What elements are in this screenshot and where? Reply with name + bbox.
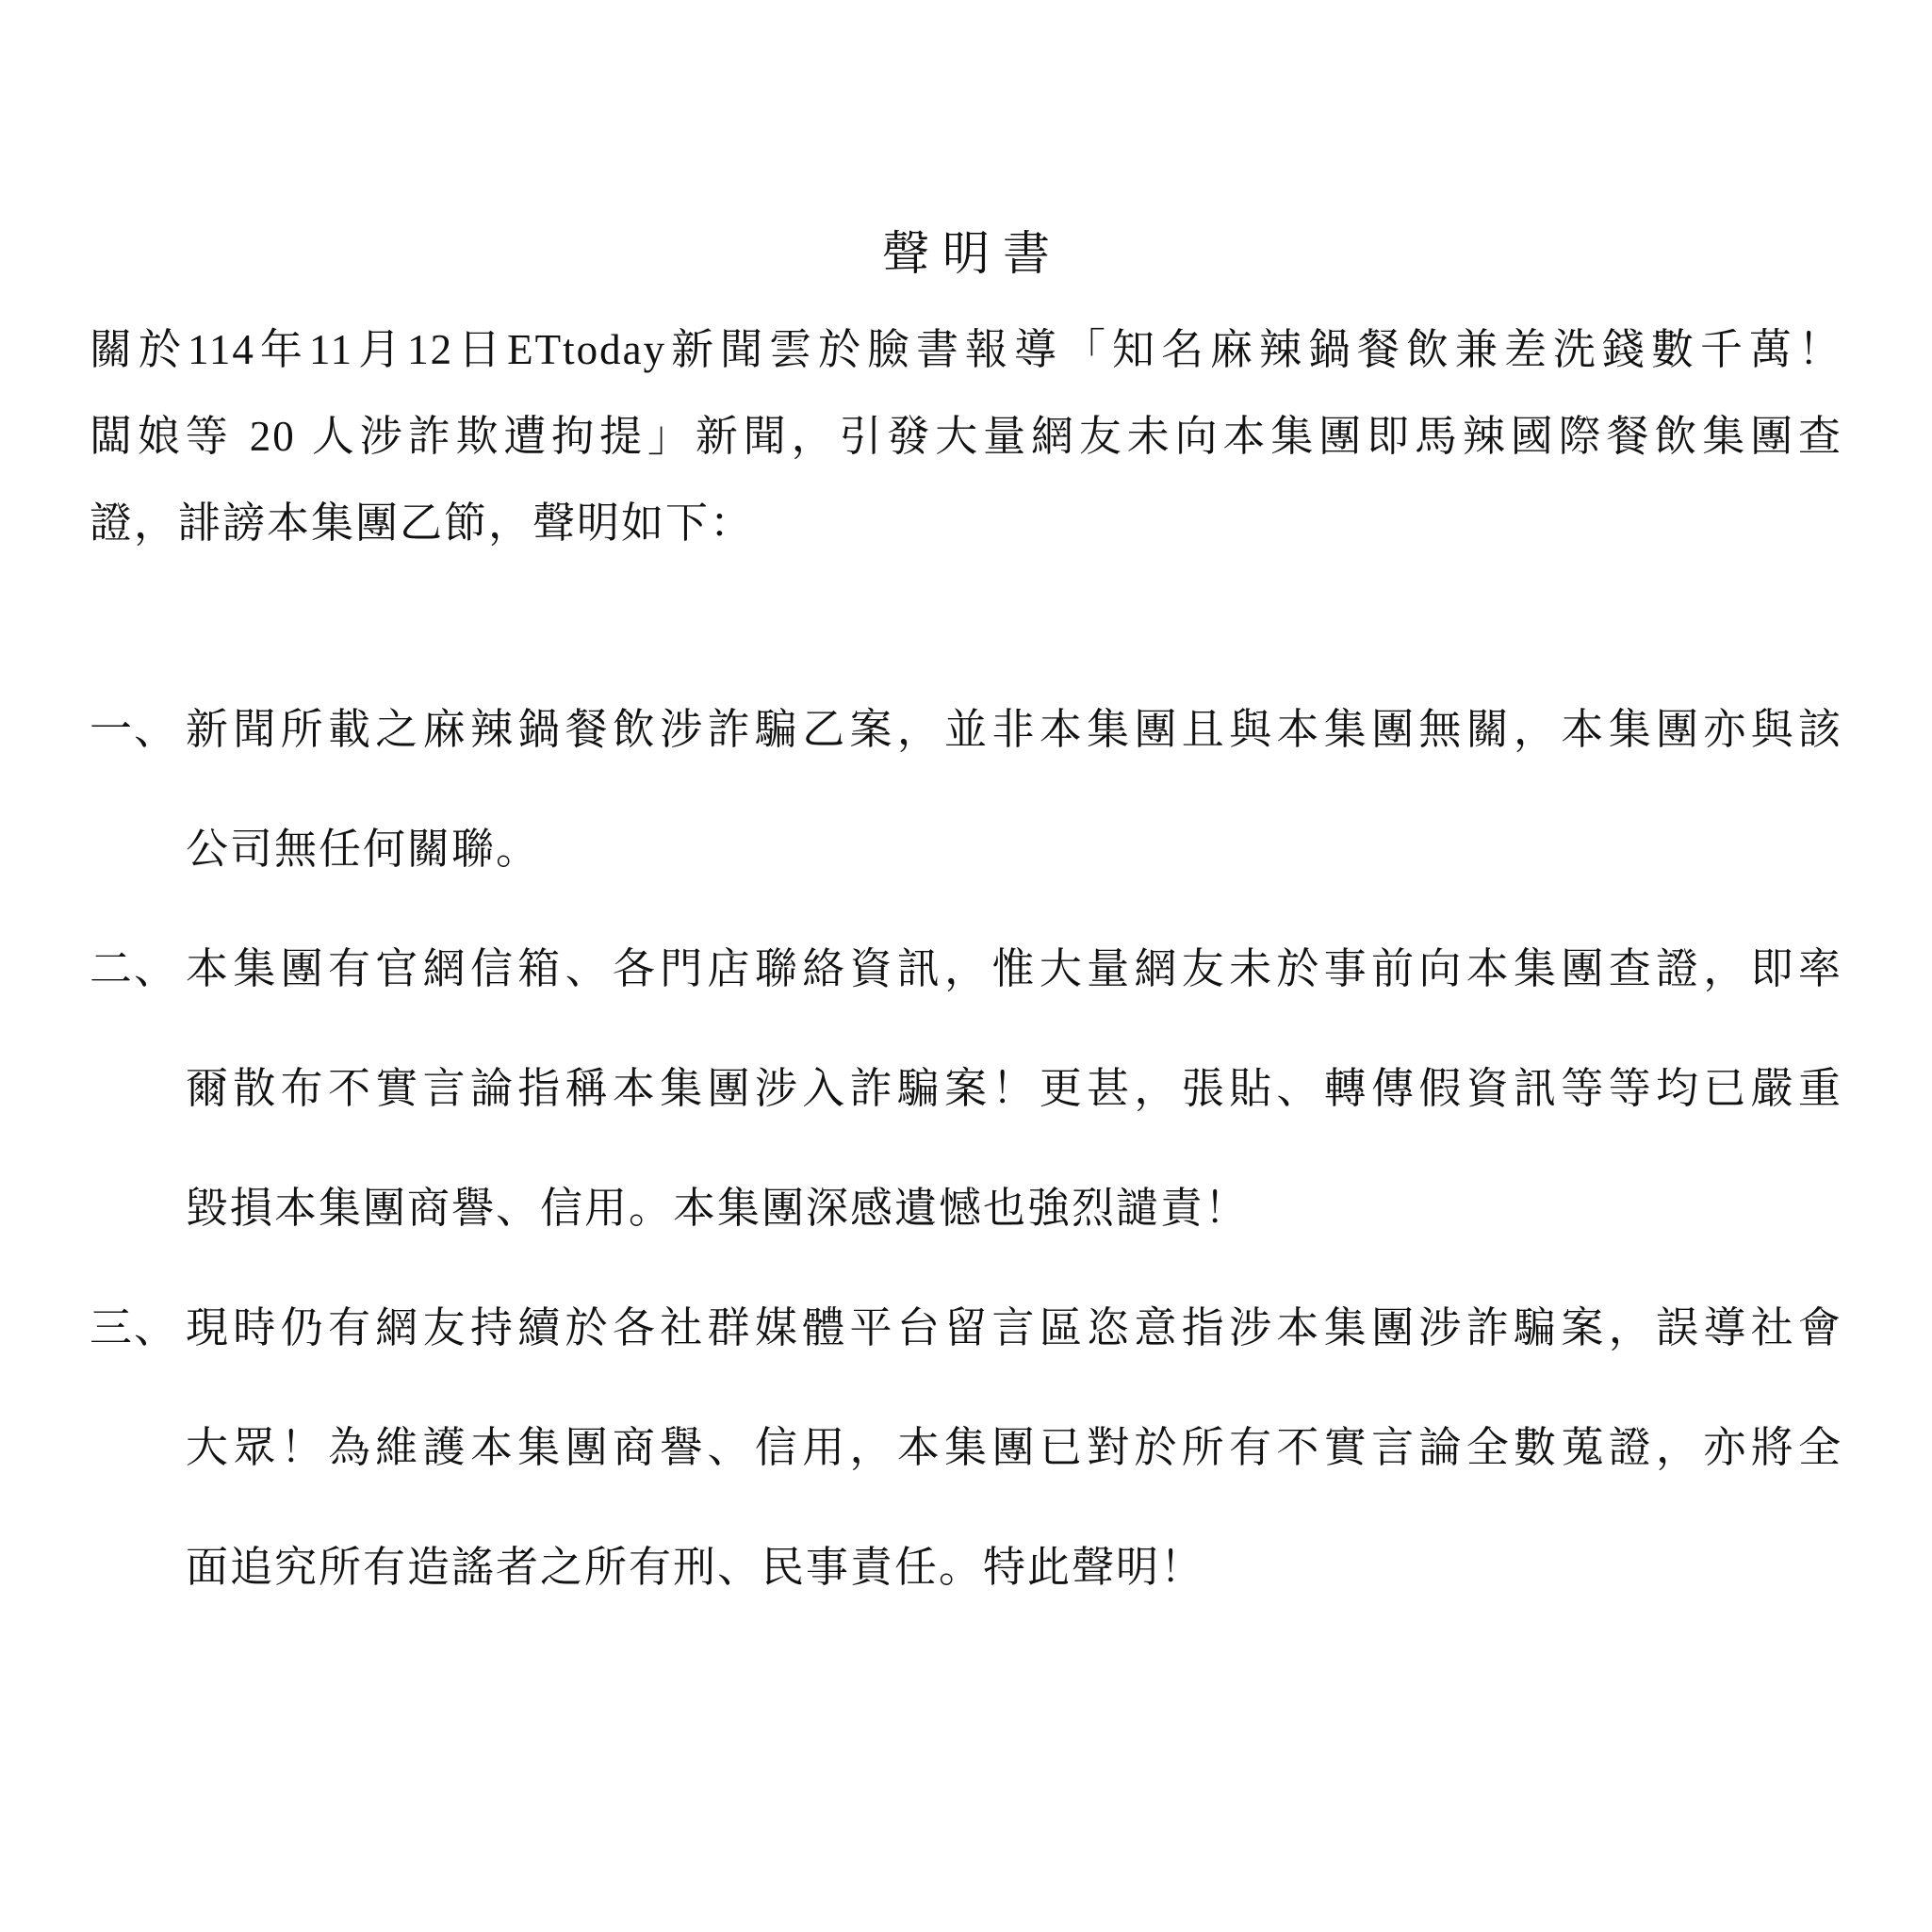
statement-item-2-number: 二、: [90, 909, 178, 1029]
statement-document-page: 聲明書 關於114年11月12日ETtoday新聞雲於臉書報導「知名麻辣鍋餐飲兼…: [0, 0, 1932, 1932]
statement-item-1-number: 一、: [90, 670, 178, 790]
statement-item-3-line-3: 面追究所有造謠者之所有刑、民事責任。特此聲明！: [186, 1508, 1842, 1628]
statement-item-3-line-1: 現時仍有網友持續於各社群媒體平台留言區恣意指涉本集團涉詐騙案，誤導社會: [186, 1269, 1842, 1388]
statement-item-3-line-2: 大眾！為維護本集團商譽、信用，本集團已對於所有不實言論全數蒐證，亦將全: [186, 1388, 1842, 1508]
statement-item-1-line-2: 公司無任何關聯。: [186, 790, 1842, 909]
intro-paragraph: 關於114年11月12日ETtoday新聞雲於臉書報導「知名麻辣鍋餐飲兼差洗錢數…: [90, 306, 1842, 566]
intro-line-2: 闆娘等 20 人涉詐欺遭拘提」新聞，引發大量網友未向本集團即馬辣國際餐飲集團查: [90, 393, 1842, 480]
intro-line-1: 關於114年11月12日ETtoday新聞雲於臉書報導「知名麻辣鍋餐飲兼差洗錢數…: [90, 306, 1842, 393]
statement-item-1: 一、 新聞所載之麻辣鍋餐飲涉詐騙乙案，並非本集團且與本集團無關，本集團亦與該 公…: [90, 670, 1842, 909]
statement-item-2-line-1: 本集團有官網信箱、各門店聯絡資訊，惟大量網友未於事前向本集團查證，即率: [186, 909, 1842, 1029]
intro-line-3: 證，誹謗本集團乙節，聲明如下：: [90, 480, 1842, 566]
statement-item-3-number: 三、: [90, 1269, 178, 1388]
statement-item-2-line-3: 毀損本集團商譽、信用。本集團深感遺憾也強烈譴責！: [186, 1149, 1842, 1269]
statement-item-2-line-2: 爾散布不實言論指稱本集團涉入詐騙案！更甚，張貼、轉傳假資訊等等均已嚴重: [186, 1029, 1842, 1149]
statement-item-1-line-1: 新聞所載之麻辣鍋餐飲涉詐騙乙案，並非本集團且與本集團無關，本集團亦與該: [186, 670, 1842, 790]
statement-list: 一、 新聞所載之麻辣鍋餐飲涉詐騙乙案，並非本集團且與本集團無關，本集團亦與該 公…: [90, 670, 1842, 1628]
statement-item-2: 二、 本集團有官網信箱、各門店聯絡資訊，惟大量網友未於事前向本集團查證，即率 爾…: [90, 909, 1842, 1269]
statement-item-3: 三、 現時仍有網友持續於各社群媒體平台留言區恣意指涉本集團涉詐騙案，誤導社會 大…: [90, 1269, 1842, 1628]
document-title: 聲明書: [90, 226, 1842, 281]
